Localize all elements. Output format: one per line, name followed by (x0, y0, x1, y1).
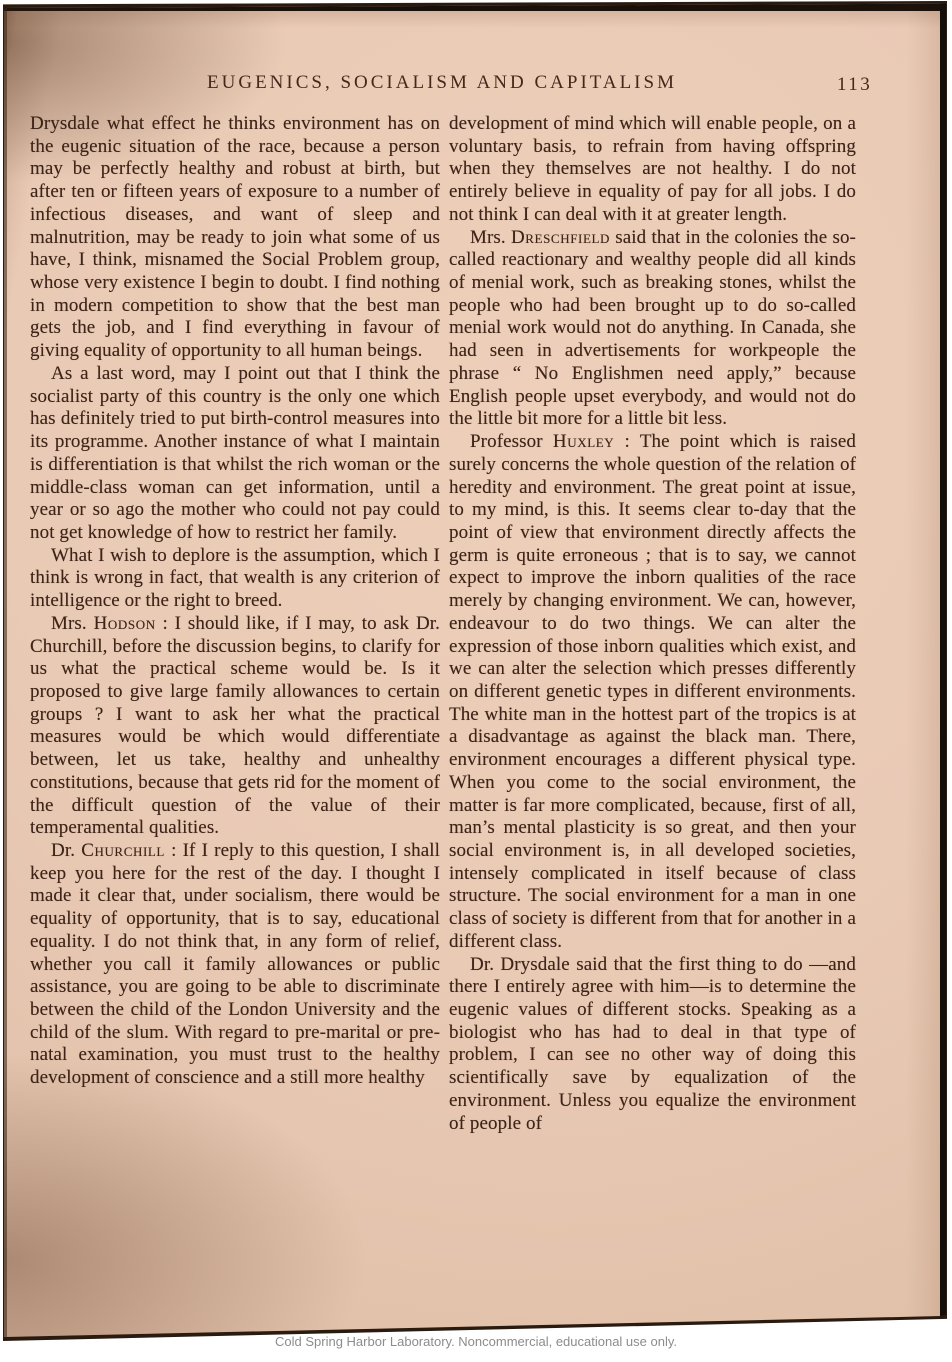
speaker-name: Hodson (94, 613, 156, 634)
paragraph: Dr. Drysdale said that the first thing t… (449, 954, 856, 1136)
paragraph: Professor Huxley : The point which is ra… (449, 431, 856, 954)
scan-right-border (940, 2, 946, 1317)
text-segment: Dr. (51, 840, 81, 861)
speaker-name: Huxley (553, 431, 614, 452)
text-segment: : I should like, if I may, to ask Dr. Ch… (30, 613, 440, 838)
right-column: development of mind which will enable pe… (449, 113, 856, 1135)
paragraph: Mrs. Hodson : I should like, if I may, t… (30, 613, 440, 840)
scan-left-border (4, 2, 7, 1340)
speaker-name: Churchill (81, 840, 165, 861)
text-segment: Drysdale what effect he thinks environme… (30, 113, 440, 361)
page-number: 113 (837, 74, 872, 96)
paragraph: Mrs. Dreschfield said that in the coloni… (449, 227, 856, 431)
text-segment: Mrs. (470, 227, 511, 248)
paragraph: development of mind which will enable pe… (449, 113, 856, 227)
text-segment: Professor (470, 431, 553, 452)
text-segment: What I wish to deplore is the assumption… (30, 545, 440, 611)
copyright-caption: Cold Spring Harbor Laboratory. Noncommer… (0, 1334, 952, 1349)
book-page: EUGENICS, SOCIALISM AND CAPITALISM 113 D… (4, 2, 946, 1340)
speaker-name: Dreschfield (511, 227, 610, 248)
text-segment: said that in the colonies the so-called … (449, 227, 856, 430)
paragraph: As a last word, may I point out that I t… (30, 363, 440, 545)
text-segment: development of mind which will enable pe… (449, 113, 856, 225)
text-segment: : The point which is raised surely conce… (449, 431, 856, 952)
text-segment: Mrs. (51, 613, 94, 634)
text-segment: As a last word, may I point out that I t… (30, 363, 440, 543)
page-header-title: EUGENICS, SOCIALISM AND CAPITALISM (30, 72, 854, 94)
left-column: Drysdale what effect he thinks environme… (30, 113, 440, 1090)
paragraph: Drysdale what effect he thinks environme… (30, 113, 440, 363)
paragraph: Dr. Churchill : If I reply to this quest… (30, 840, 440, 1090)
text-segment: Dr. Drysdale said that the first thing t… (449, 954, 856, 1134)
text-segment: : If I reply to this question, I shall k… (30, 840, 440, 1088)
paragraph: What I wish to deplore is the assumption… (30, 545, 440, 613)
